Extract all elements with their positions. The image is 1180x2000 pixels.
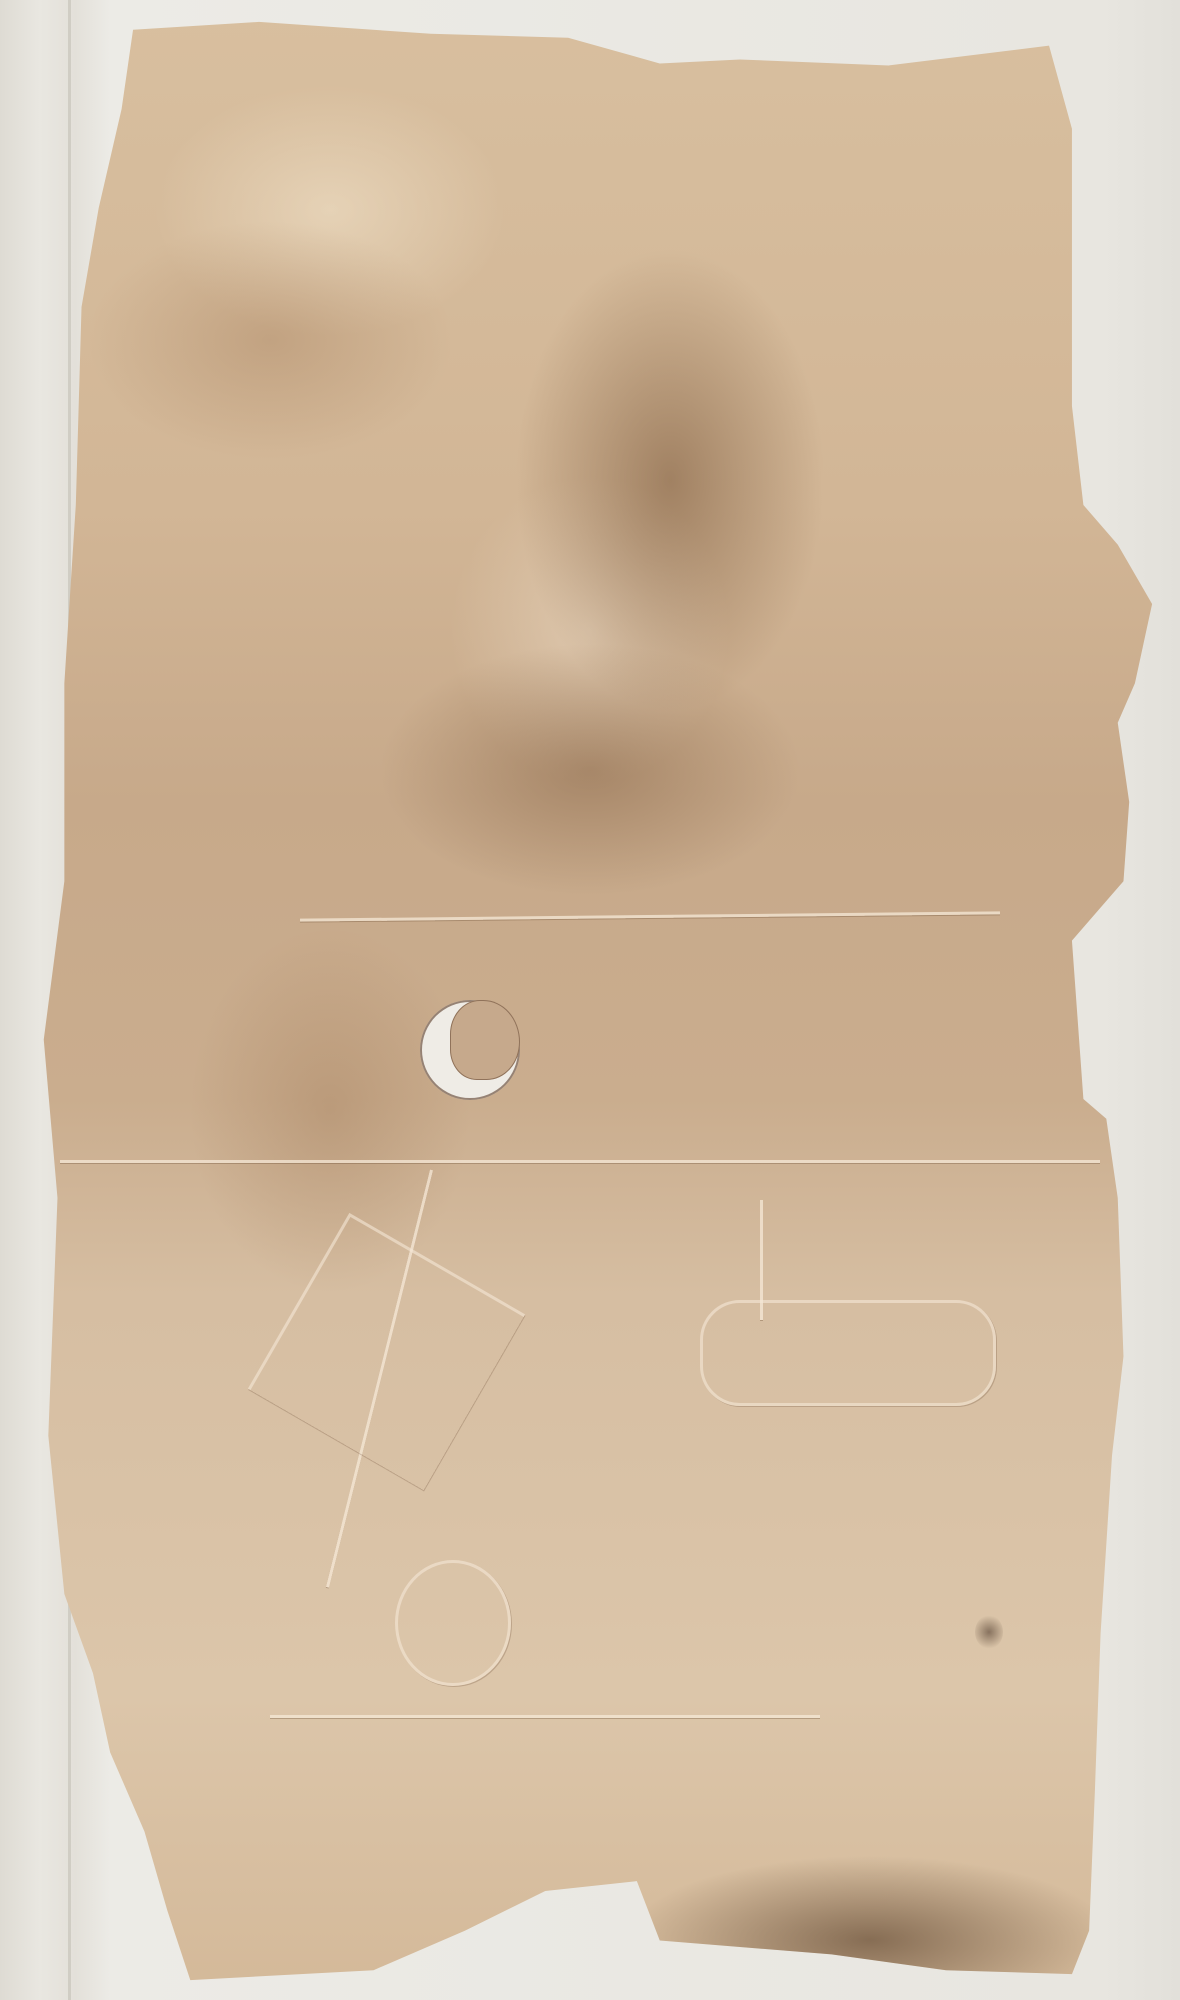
horizontal-crease [60, 1160, 1100, 1163]
photo-scene [0, 0, 1180, 2000]
embossed-impression [395, 1560, 511, 1686]
ink-spot [975, 1615, 1003, 1649]
aged-paper-sheet [30, 10, 1175, 1990]
paper-hole-flap [450, 1000, 520, 1080]
horizontal-crease [270, 1715, 820, 1718]
embossed-impression [700, 1300, 996, 1406]
